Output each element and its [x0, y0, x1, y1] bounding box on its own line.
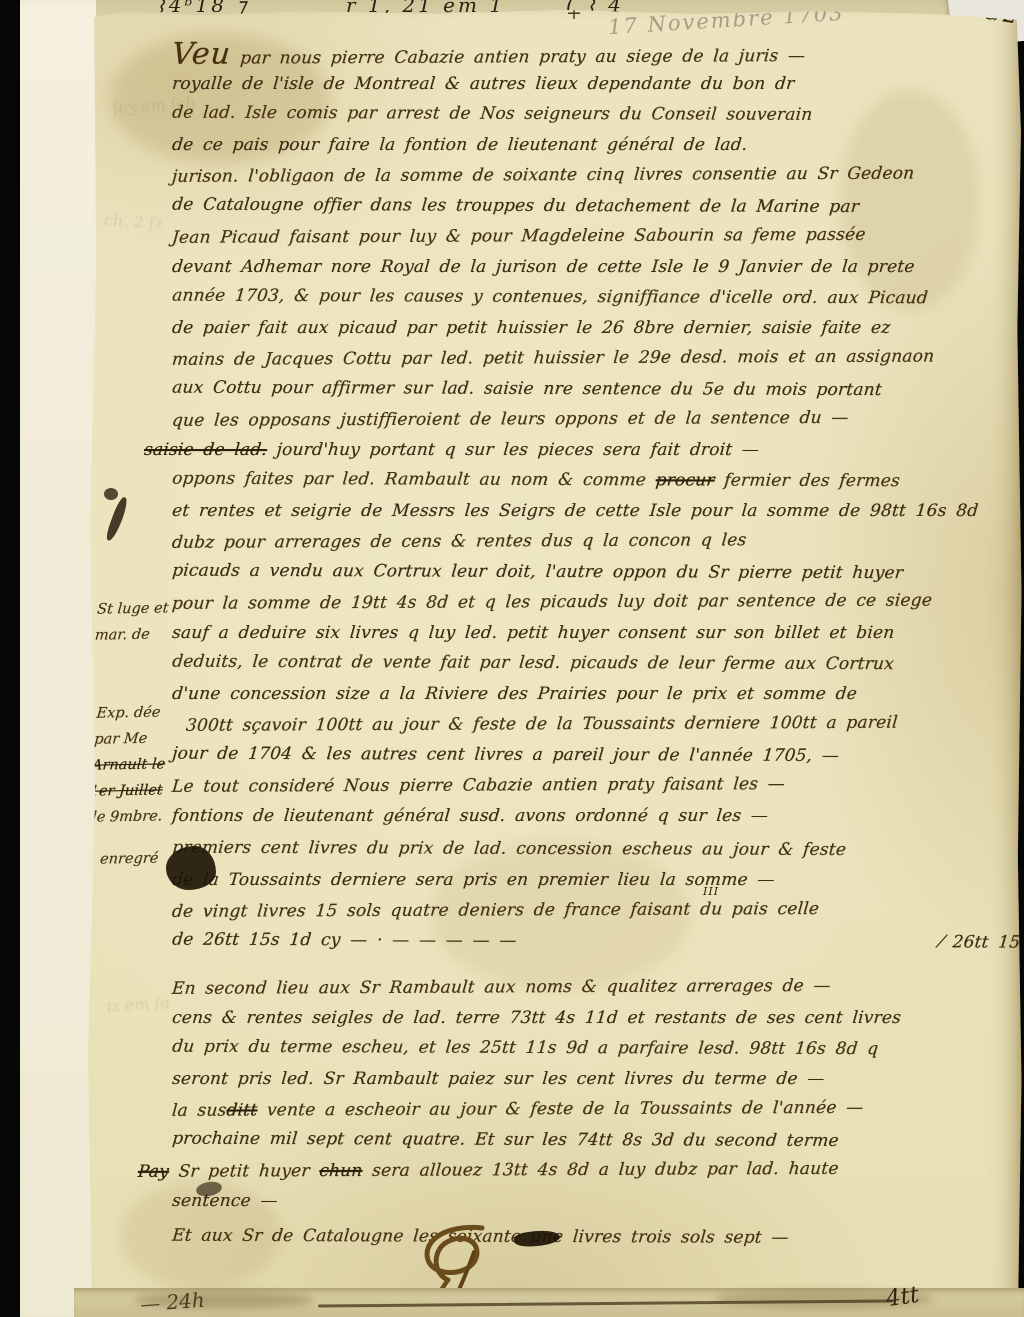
margin-note-line: 1er Juillet — [89, 777, 166, 804]
line-text: de la Toussaints derniere sera pris en p… — [171, 870, 775, 890]
manuscript-line: mains de Jacques Cottu par led. petit hu… — [171, 341, 984, 375]
line-text: royalle de l'isle de Montreal & autres l… — [171, 74, 795, 94]
line-text: jurison. l'obligaon de la somme de soixa… — [171, 164, 915, 187]
manuscript-line: sauf a deduire six livres q luy led. pet… — [171, 618, 984, 649]
line-text: prochaine mil sept cent quatre. Et sur l… — [171, 1128, 839, 1150]
line-text: de Catalougne offier dans les trouppes d… — [171, 194, 860, 216]
line-text: année 1703, & pour les causes y contenue… — [171, 286, 929, 309]
bottom-text-fragment: — 24h — [139, 1288, 205, 1316]
struck-text: procur — [655, 470, 716, 490]
margin-note-line: de 9mbre. — [86, 803, 163, 830]
manuscript-line: aux Cottu pour affirmer sur lad. saisie … — [171, 372, 984, 405]
line-text: En second lieu aux Sr Rambault aux noms … — [171, 976, 831, 999]
bleed-through-fragment: ch. 2 ſz — [103, 210, 163, 232]
manuscript-line: Veu par nous pierre Cabazie antien praty… — [171, 36, 984, 70]
margin-note: enregré — [99, 845, 160, 872]
line-text: de lad. Isle comis par arrest de Nos sei… — [171, 103, 813, 125]
manuscript-line: jurison. l'obligaon de la somme de soixa… — [171, 158, 984, 192]
line-text: et rentes et seigrie de Messrs les Seigr… — [171, 501, 979, 521]
line-text: que les opposans justiffieroient de leur… — [171, 408, 849, 431]
line-text: fontions de lieutenant général susd. avo… — [171, 806, 769, 826]
line-text: par nous pierre Cabazie antien praty au … — [230, 46, 806, 69]
manuscript-scan: ⌇4ᵇ18 ⁊r 1, 21 ēm 1( ⌇ 4 ſcʒ am ſchch. 2… — [0, 0, 1024, 1317]
line-text: aux Cottu pour affirmer sur lad. saisie … — [171, 377, 882, 399]
line-text: devant Adhemar nore Royal de la jurison … — [171, 257, 915, 277]
margin-note: Exp. déepar MeArnault le1er Juilletde 9m… — [86, 699, 172, 830]
manuscript-line: de la Toussaints derniere sera pris en p… — [171, 865, 984, 896]
margin-note-line: par Me — [93, 725, 170, 752]
line-text: Le tout consideré Nous pierre Cabazie an… — [171, 774, 786, 797]
manuscript-line: devant Adhemar nore Royal de la jurison … — [171, 252, 984, 283]
line-text: du prix du terme escheu, et les 25tt 11s… — [171, 1037, 879, 1059]
manuscript-line: année 1703, & pour les causes y contenue… — [171, 281, 984, 314]
manuscript-line: oppons faites par led. Rambault au nom &… — [171, 464, 984, 497]
manuscript-line: prochaine mil sept cent quatre. Et sur l… — [171, 1123, 984, 1156]
manuscript-line: et rentes et seigrie de Messrs les Seigr… — [171, 496, 984, 527]
line-text: Veu — [170, 37, 232, 72]
line-text: sentence — — [171, 1191, 278, 1211]
manuscript-line: de 26tt 15s 1d cy — · — — — — —⁄ 26tt 15… — [171, 924, 984, 957]
manuscript-line: fontions de lieutenant général susd. avo… — [171, 801, 984, 832]
line-text: pour la somme de 19tt 4s 8d et q les pic… — [171, 590, 933, 613]
manuscript-line: pour la somme de 19tt 4s 8d et q les pic… — [171, 585, 984, 619]
manuscript-line: Et aux Sr de Catalougne les soixante une… — [171, 1221, 984, 1254]
struck-text: chun — [318, 1161, 363, 1181]
line-text: jour de 1704 & les autres cent livres a … — [171, 743, 840, 765]
bleed-through-fragment: ız em ſa — [105, 993, 171, 1015]
line-text: de vingt livres 15 sols quatre deniers d… — [171, 899, 820, 922]
line-text: Jean Picaud faisant pour luy & pour Magd… — [171, 225, 866, 248]
line-text: seront pris led. Sr Rambault paiez sur l… — [171, 1069, 825, 1089]
manuscript-line: En second lieu aux Sr Rambault aux noms … — [171, 970, 984, 1004]
manuscript-line: du prix du terme escheu, et les 25tt 11s… — [171, 1032, 984, 1065]
manuscript-line: royalle de l'isle de Montreal & autres l… — [171, 69, 984, 100]
line-text: picauds a vendu aux Cortrux leur doit, l… — [171, 560, 904, 583]
line-text: jourd'huy portant q sur les pieces sera … — [266, 440, 760, 460]
manuscript-line: que les opposans justiffieroient de leur… — [171, 402, 984, 436]
manuscript-line: dubz pour arrerages de cens & rentes dus… — [171, 524, 984, 558]
manuscript-line: saisie de lad. jourd'huy portant q sur l… — [143, 435, 984, 466]
margin-note: St luge etmar. de — [94, 595, 170, 648]
line-text: 300tt sçavoir 100tt au jour & feste de l… — [185, 713, 898, 736]
manuscript-line: Pay Sr petit huyer chun sera allouez 13t… — [137, 1153, 984, 1187]
bottom-text-fragment: 4tt — [884, 1282, 920, 1312]
manuscript-line: de vingt livres 15 sols quatre deniers d… — [171, 893, 984, 927]
manuscript-line: de ce pais pour faire la fontion de lieu… — [171, 130, 984, 161]
line-text: mains de Jacques Cottu par led. petit hu… — [171, 346, 935, 369]
manuscript-line: seront pris led. Sr Rambault paiez sur l… — [171, 1064, 984, 1095]
sum-amount: ⁄ 26tt 15s 1d — [938, 927, 1024, 958]
manuscript-page: ſcʒ am ſchch. 2 ſzbr ɑ ſonız em ſa 17 No… — [0, 0, 1024, 1317]
manuscript-line: la susditt vente a escheoir au jour & fe… — [171, 1092, 984, 1126]
manuscript-line: jour de 1704 & les autres cent livres a … — [171, 738, 984, 771]
manuscript-line: sentence — — [171, 1186, 984, 1217]
line-text: dubz pour arrerages de cens & rentes dus… — [171, 530, 747, 553]
margin-note-line: mar. de — [94, 621, 168, 648]
manuscript-line: premiers cent livres du prix de lad. con… — [171, 833, 984, 866]
struck-text: Pay — [137, 1162, 170, 1182]
line-text: la sus — [171, 1101, 227, 1121]
line-text: sauf a deduire six livres q luy led. pet… — [171, 623, 895, 643]
manuscript-line: cens & rentes seigles de lad. terre 73tt… — [171, 1003, 984, 1034]
manuscript-line: Le tout consideré Nous pierre Cabazie an… — [171, 768, 984, 802]
margin-note-line: Arnault le — [91, 751, 168, 778]
ink-blot — [104, 496, 129, 543]
margin-note-line: Exp. dée — [95, 699, 172, 726]
line-text: premiers cent livres du prix de lad. con… — [171, 838, 847, 860]
line-text: d'une concession size a la Riviere des P… — [171, 684, 858, 704]
line-text: fermier des fermes — [714, 470, 901, 491]
line-text: Sr petit huyer — [168, 1161, 320, 1182]
manuscript-text-block: Veu par nous pierre Cabazie antien praty… — [172, 30, 982, 1253]
ink-blot — [104, 488, 118, 500]
manuscript-line: de lad. Isle comis par arrest de Nos sei… — [171, 98, 984, 131]
line-text: oppons faites par led. Rambault au nom &… — [171, 469, 656, 491]
line-text: deduits, le contrat de vente fait par le… — [171, 652, 895, 675]
line-text: sera allouez 13tt 4s 8d a luy dubz par l… — [362, 1159, 840, 1181]
superscript-annotation: III — [703, 885, 719, 898]
struck-text: saisie de lad. — [143, 440, 268, 460]
manuscript-line: picauds a vendu aux Cortrux leur doit, l… — [171, 555, 984, 588]
manuscript-line: 300tt sçavoir 100tt au jour & feste de l… — [185, 707, 984, 741]
line-text: de 26tt 15s 1d cy — · — — — — — — [171, 929, 517, 950]
manuscript-line: d'une concession size a la Riviere des P… — [171, 679, 984, 710]
line-text: de ce pais pour faire la fontion de lieu… — [171, 135, 748, 155]
line-text: cens & rentes seigles de lad. terre 73tt… — [171, 1008, 902, 1028]
line-text: de paier fait aux picaud par petit huiss… — [171, 318, 891, 338]
struck-text: ditt — [226, 1100, 258, 1120]
manuscript-line: de paier fait aux picaud par petit huiss… — [171, 313, 984, 344]
line-text: vente a escheoir au jour & feste de la T… — [256, 1098, 864, 1121]
margin-note-line: enregré — [99, 845, 160, 872]
manuscript-line: deduits, le contrat de vente fait par le… — [171, 647, 984, 680]
margin-note-line: St luge et — [96, 595, 170, 622]
manuscript-line: Jean Picaud faisant pour luy & pour Magd… — [171, 219, 984, 253]
manuscript-line: de Catalougne offier dans les trouppes d… — [171, 189, 984, 222]
